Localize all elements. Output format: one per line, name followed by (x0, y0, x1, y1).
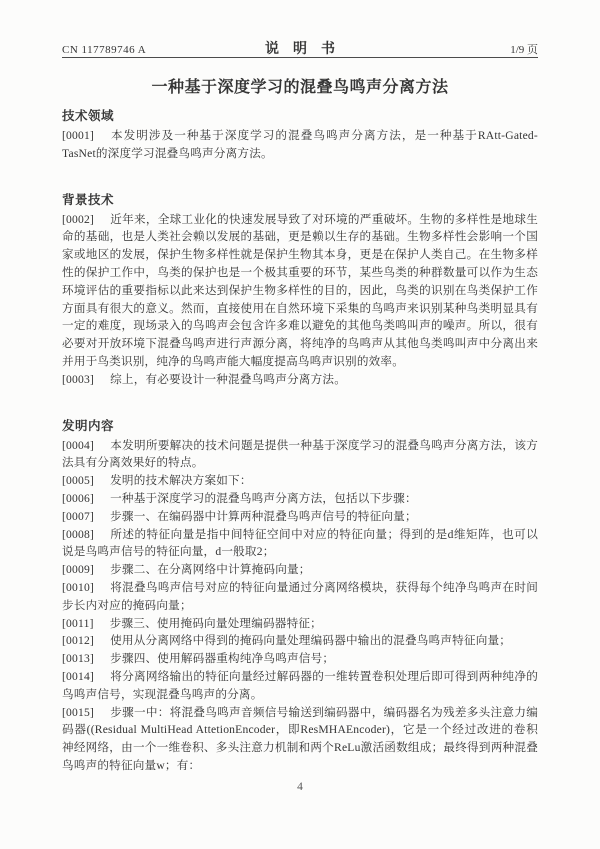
paragraph-text: 使用从分离网络中得到的掩码向量处理编码器中输出的混叠鸟鸣声特征向量； (110, 634, 511, 647)
paragraph-0007: [0007]步骤一、在编码器中计算两种混叠鸟鸣声信号的特征向量； (62, 508, 538, 526)
paragraph-0009: [0009]步骤二、在分离网络中计算掩码向量； (62, 561, 538, 579)
paragraph-text: 步骤一中：将混叠鸟鸣声音频信号输送到编码器中，编码器名为残差多头注意力编码器((… (62, 706, 538, 772)
paragraph-number: [0006] (62, 492, 94, 505)
paragraph-number: [0011] (62, 617, 94, 630)
paragraph-number: [0008] (62, 528, 94, 541)
section-heading-summary-of-invention: 发明内容 (62, 416, 538, 434)
publication-number: CN 117789746 A (62, 44, 146, 56)
paragraph-number: [0001] (62, 129, 94, 142)
paragraph-number: [0004] (62, 439, 94, 452)
paragraph-0004: [0004]本发明所要解决的技术问题是提供一种基于深度学习的混叠鸟鸣声分离方法，… (62, 437, 538, 473)
paragraph-number: [0009] (62, 563, 94, 576)
paragraph-number: [0010] (62, 581, 94, 594)
paragraph-0015: [0015]步骤一中：将混叠鸟鸣声音频信号输送到编码器中，编码器名为残差多头注意… (62, 704, 538, 775)
paragraph-0014: [0014]将分离网络输出的特征向量经过解码器的一维转置卷积处理后即可得到两种纯… (62, 668, 538, 704)
section-background-art: 背景技术 [0002]近年来，全球工业化的快速发展导致了对环境的严重破坏。生物的… (62, 190, 538, 389)
document-body: 技术领域 [0001]本发明涉及一种基于深度学习的混叠鸟鸣声分离方法，是一种基于… (62, 106, 538, 775)
paragraph-0012: [0012]使用从分离网络中得到的掩码向量处理编码器中输出的混叠鸟鸣声特征向量； (62, 632, 538, 650)
paragraph-number: [0005] (62, 474, 94, 487)
section-heading-background-art: 背景技术 (62, 190, 538, 208)
paragraph-0002: [0002]近年来，全球工业化的快速发展导致了对环境的严重破坏。生物的多样性是地… (62, 211, 538, 371)
paragraph-number: [0012] (62, 634, 94, 647)
paragraph-0003: [0003]综上，有必要设计一种混叠鸟鸣声分离方法。 (62, 371, 538, 389)
paragraph-text: 综上，有必要设计一种混叠鸟鸣声分离方法。 (110, 373, 346, 386)
paragraph-number: [0014] (62, 670, 94, 683)
section-summary-of-invention: 发明内容 [0004]本发明所要解决的技术问题是提供一种基于深度学习的混叠鸟鸣声… (62, 416, 538, 775)
paragraph-text: 一种基于深度学习的混叠鸟鸣声分离方法，包括以下步骤： (110, 492, 417, 505)
patent-specification-page: CN 117789746 A 说 明 书 1/9 页 一种基于深度学习的混叠鸟鸣… (0, 0, 600, 849)
paragraph-text: 本发明所要解决的技术问题是提供一种基于深度学习的混叠鸟鸣声分离方法，该方法具有分… (62, 439, 538, 470)
section-heading-technical-field: 技术领域 (62, 106, 538, 124)
paragraph-0013: [0013]步骤四、使用解码器重构纯净鸟鸣声信号； (62, 650, 538, 668)
page-header: CN 117789746 A 说 明 书 1/9 页 (62, 38, 538, 58)
paragraph-0005: [0005]发明的技术解决方案如下： (62, 472, 538, 490)
section-technical-field: 技术领域 [0001]本发明涉及一种基于深度学习的混叠鸟鸣声分离方法，是一种基于… (62, 106, 538, 163)
paragraph-number: [0013] (62, 652, 94, 665)
paragraph-0006: [0006]一种基于深度学习的混叠鸟鸣声分离方法，包括以下步骤： (62, 490, 538, 508)
page-footer: 4 (0, 781, 600, 793)
document-type-title: 说 明 书 (265, 38, 335, 58)
paragraph-text: 步骤二、在分离网络中计算掩码向量； (110, 563, 311, 576)
paragraph-text: 发明的技术解决方案如下： (110, 474, 252, 487)
paragraph-0010: [0010]将混叠鸟鸣声信号对应的特征向量通过分离网络模块，获得每个纯净鸟鸣声在… (62, 579, 538, 615)
paragraph-text: 将分离网络输出的特征向量经过解码器的一维转置卷积处理后即可得到两种纯净的鸟鸣声信… (62, 670, 538, 701)
paragraph-text: 步骤三、使用掩码向量处理编码器特征； (110, 617, 322, 630)
paragraph-0011: [0011]步骤三、使用掩码向量处理编码器特征； (62, 615, 538, 633)
paragraph-text: 将混叠鸟鸣声信号对应的特征向量通过分离网络模块，获得每个纯净鸟鸣声在时间步长内对… (62, 581, 538, 612)
paragraph-text: 步骤一、在编码器中计算两种混叠鸟鸣声信号的特征向量； (110, 510, 417, 523)
invention-title: 一种基于深度学习的混叠鸟鸣声分离方法 (0, 74, 600, 97)
page-indicator: 1/9 页 (510, 41, 538, 57)
header-divider (62, 57, 538, 58)
paragraph-number: [0007] (62, 510, 94, 523)
paragraph-number: [0015] (62, 706, 94, 719)
paragraph-text: 本发明涉及一种基于深度学习的混叠鸟鸣声分离方法，是一种基于RAtt-Gated-… (62, 129, 538, 160)
paragraph-number: [0002] (62, 213, 94, 226)
paragraph-number: [0003] (62, 373, 94, 386)
paragraph-text: 近年来，全球工业化的快速发展导致了对环境的严重破坏。生物的多样性是地球生命的基础… (62, 213, 538, 368)
paragraph-text: 步骤四、使用解码器重构纯净鸟鸣声信号； (110, 652, 334, 665)
paragraph-0008: [0008]所述的特征向量是指中间特征空间中对应的特征向量；得到的是d维矩阵，也… (62, 526, 538, 562)
footer-page-number: 4 (297, 781, 303, 793)
paragraph-0001: [0001]本发明涉及一种基于深度学习的混叠鸟鸣声分离方法，是一种基于RAtt-… (62, 127, 538, 163)
paragraph-text: 所述的特征向量是指中间特征空间中对应的特征向量；得到的是d维矩阵，也可以说是鸟鸣… (62, 528, 538, 559)
